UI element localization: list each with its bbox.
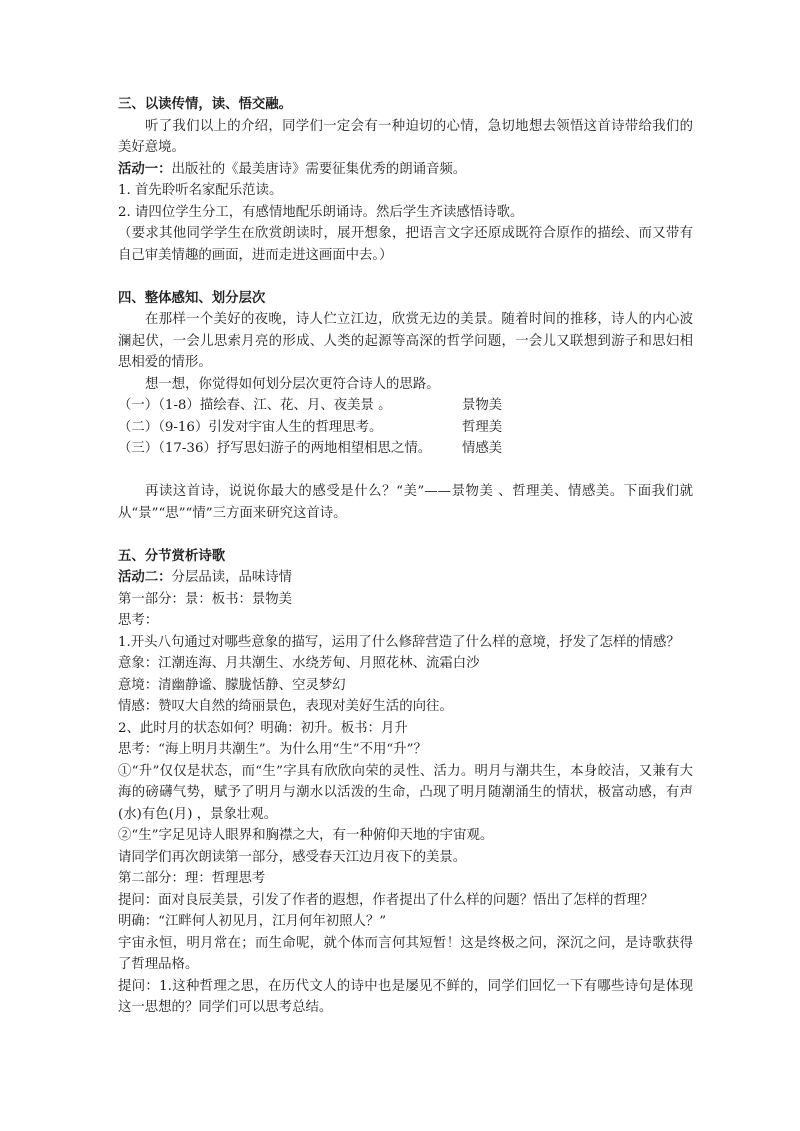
spacer [118, 524, 693, 546]
section4-intro: 在那样一个美好的夜晚，诗人伫立江边，欣赏无边的美景。随着时间的推移，诗人的内心波… [118, 309, 693, 374]
document-page: 三、以读传情，读、悟交融。 听了我们以上的介绍，同学们一定会有一种迫切的心情，急… [118, 94, 693, 1019]
reread-instruction: 请同学们再次朗读第一部分，感受春天江边月夜下的美景。 [118, 847, 693, 869]
layer-2: （二）（9-16）引发对宇宙人生的哲理思考。哲理美 [118, 417, 693, 439]
layer-2-text: （二）（9-16）引发对宇宙人生的哲理思考。 [118, 420, 382, 435]
part2-title: 第二部分：理：哲理思考 [118, 868, 693, 890]
section4-prompt: 想一想，你觉得如何划分层次更符合诗人的思路。 [118, 374, 693, 396]
layer-1-tag: 景物美 [462, 395, 502, 417]
activity2-label: 活动二： [118, 570, 172, 585]
think-label: 思考： [118, 610, 693, 632]
section5-heading: 五、分节赏析诗歌 [118, 546, 693, 568]
ask-1: 提问：面对良辰美景，引发了作者的遐想，作者提出了什么样的问题？悟出了怎样的哲理？ [118, 890, 693, 912]
emotion: 情感：赞叹大自然的绮丽景色，表现对美好生活的向往。 [118, 696, 693, 718]
imagery: 意象：江潮连海、月共潮生、水绕芳甸、月照花林、流霜白沙 [118, 653, 693, 675]
section3-intro: 听了我们以上的介绍，同学们一定会有一种迫切的心情，急切地想去领悟这首诗带给我们的… [118, 116, 693, 159]
step-1: 1. 首先聆听名家配乐范读。 [118, 180, 693, 202]
section3-heading: 三、以读传情，读、悟交融。 [118, 94, 693, 116]
reflection: 宇宙永恒，明月常在；而生命呢，就个体而言何其短暂！这是终极之问，深沉之问，是诗歌… [118, 933, 693, 976]
clarify: 明确：“江畔何人初见月，江月何年初照人？” [118, 911, 693, 933]
activity2: 活动二：分层品读，品味诗情 [118, 567, 693, 589]
layer-1-text: （一）（1-8）描绘春、江、花、月、夜美景 。 [118, 398, 392, 413]
activity1: 活动一：出版社的《最美唐诗》需要征集优秀的朗诵音频。 [118, 159, 693, 181]
ask-2: 提问：1.这种哲理之思，在历代文人的诗中也是屡见不鲜的，同学们回忆一下有哪些诗句… [118, 976, 693, 1019]
section3-note: （要求其他同学学生在欣赏朗读时，展开想象，把语言文字还原成既符合原作的描绘、而又… [118, 223, 693, 266]
answer-2: ②“生”字足见诗人眼界和胸襟之大，有一种俯仰天地的宇宙观。 [118, 825, 693, 847]
layer-3-tag: 情感美 [462, 438, 502, 460]
activity1-label: 活动一： [118, 162, 172, 177]
mood: 意境：清幽静谧、朦胧恬静、空灵梦幻 [118, 675, 693, 697]
section4-heading: 四、整体感知、划分层次 [118, 288, 693, 310]
answer-1: ①“升”仅仅是状态，而“生”字具有欣欣向荣的灵性、活力。明月与潮共生，本身皎洁，… [118, 761, 693, 826]
layer-2-tag: 哲理美 [462, 417, 502, 439]
spacer [118, 460, 693, 482]
spacer [118, 266, 693, 288]
layer-3-text: （三）（17-36）抒写思妇游子的两地相望相思之情。 [118, 441, 431, 456]
part1-title: 第一部分：景：板书：景物美 [118, 589, 693, 611]
layer-3: （三）（17-36）抒写思妇游子的两地相望相思之情。情感美 [118, 438, 693, 460]
question-2-think: 思考：“海上明月共潮生”。为什么用“生”不用“升”？ [118, 739, 693, 761]
activity1-text: 出版社的《最美唐诗》需要征集优秀的朗诵音频。 [172, 162, 467, 177]
question-2: 2、此时月的状态如何？明确：初升。板书：月升 [118, 718, 693, 740]
layer-1: （一）（1-8）描绘春、江、花、月、夜美景 。景物美 [118, 395, 693, 417]
step-2: 2. 请四位学生分工，有感情地配乐朗诵诗。然后学生齐读感悟诗歌。 [118, 202, 693, 224]
activity2-text: 分层品读，品味诗情 [172, 570, 293, 585]
question-1: 1.开头八句通过对哪些意象的描写，运用了什么修辞营造了什么样的意境，抒发了怎样的… [118, 632, 693, 654]
section4-summary: 再读这首诗，说说你最大的感受是什么？“美”——景物美 、哲理美、情感美。下面我们… [118, 481, 693, 524]
